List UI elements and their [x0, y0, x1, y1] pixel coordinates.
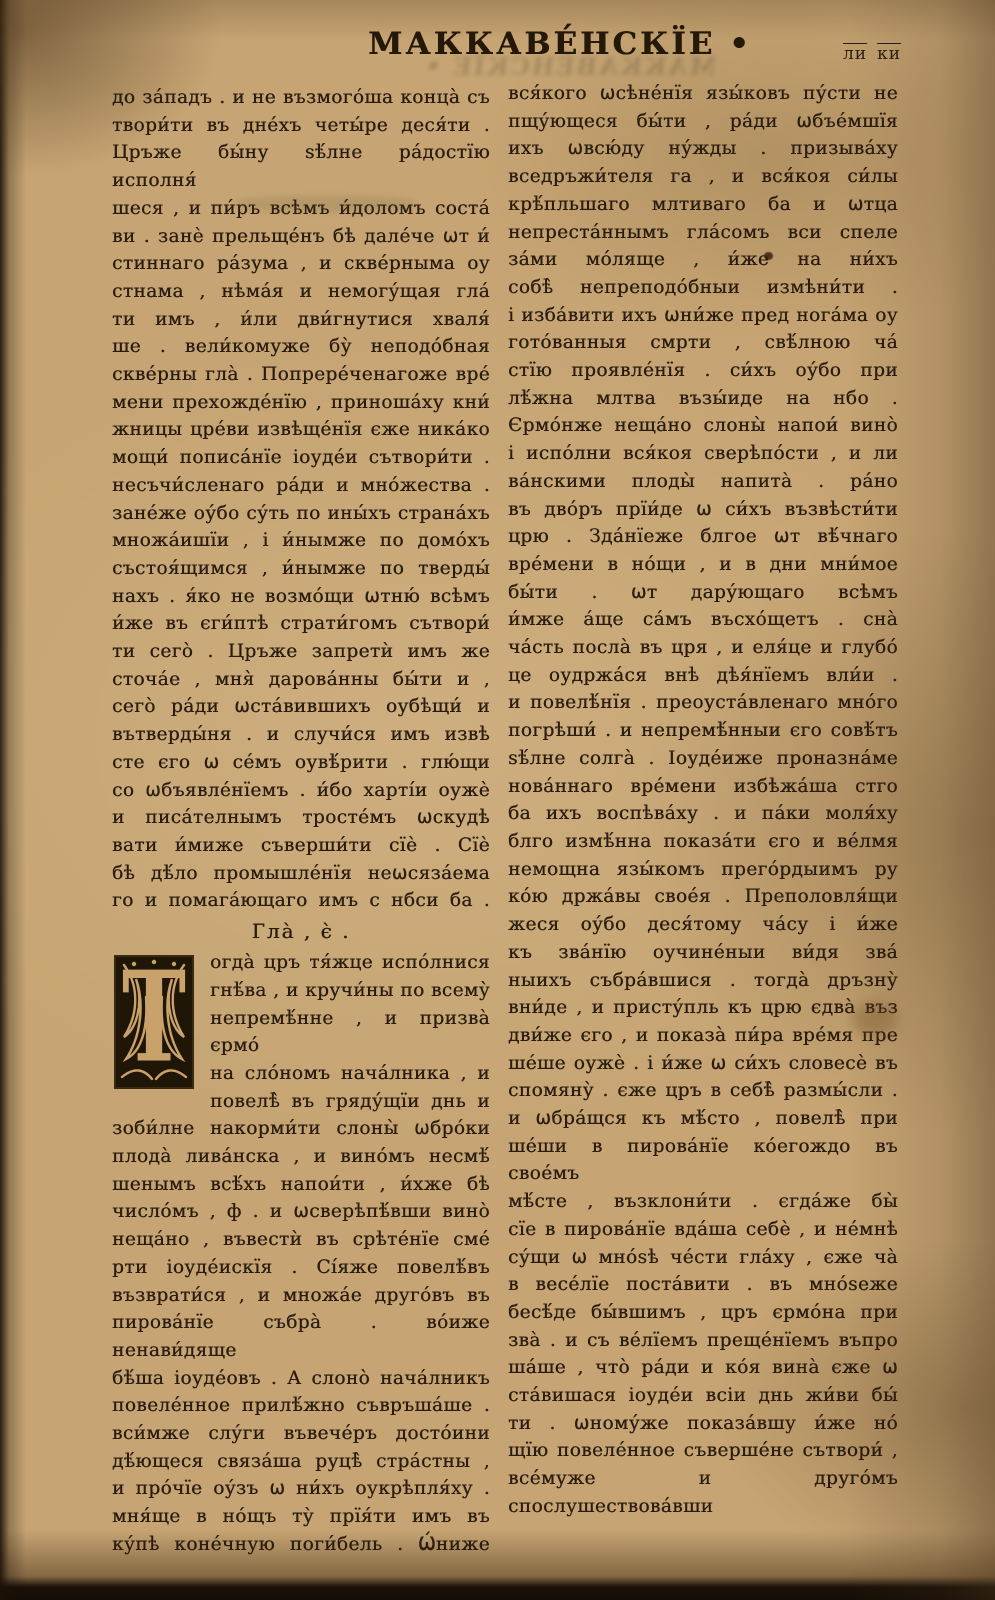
text-line: ѕѣ́лне солга̀ . Іоуде́иже проназна́ме	[508, 745, 898, 773]
text-line: црю . Зда́нїеже блгое ѡт вѣ́чнаго	[508, 523, 898, 551]
text-line: и писа́телнымъ тросте́мъ ѡскудѣ	[112, 804, 490, 832]
text-line: ше́ши в пирова́нїе ко́егождо въ свое́мъ	[508, 1133, 898, 1188]
text-line: вре́мени в но́щи , и в дни мни́мое	[508, 551, 898, 579]
text-line: вседръжи́теля га , и вся́коя си́лы	[508, 163, 898, 191]
text-line: несъчи́сленаго ра́ди и мно́жества .	[112, 472, 490, 500]
book-page-scan: МАККАВЕ́НСКЇЕ • МАККАВЕ́НСКЇЕ • лики до …	[0, 0, 995, 1600]
folio-number-first: ли	[843, 44, 867, 64]
text-line: зва̀ . и съ ве́лїемъ преще́нїемъ въпро	[508, 1327, 898, 1355]
folio-number: лики	[843, 44, 943, 64]
text-line: възврати́ся , и множа́е друго́въ въ	[112, 1282, 490, 1310]
text-line: до за́падъ . и не възмого́ша конца̀ съ	[112, 84, 490, 112]
text-line: все́муже и друго́мъ спослушествова́вши	[508, 1465, 898, 1520]
chapter-paragraph: Т огда̀ цръ тя́жце испо́лнисягнѣ́ва , и …	[112, 949, 490, 1558]
text-line: ша́ше , что̀ ра́ди и ко́я вина̀ єже ѡ	[508, 1354, 898, 1382]
text-line: го и помага́ющаго имъ с нбси ба .	[112, 887, 490, 915]
text-line: ше . вели́комуже бу̀ неподо́бная	[112, 333, 490, 361]
text-line: жеся оу́бо деся́тому ча́су і и́же	[508, 911, 898, 939]
text-line: в весе́лїе поста́вити . въ мно́ѕеже	[508, 1271, 898, 1299]
text-line: шенымъ всѣ́хъ напои́ти , и́хже бѣ	[112, 1171, 490, 1199]
text-line: плода̀ лива́нска , и вино́мъ несмѣ́	[112, 1143, 490, 1171]
drop-cap-letter: Т	[122, 956, 186, 1081]
text-line: вътверды́ня . и случи́ся имъ извѣ	[112, 721, 490, 749]
text-line: и повелѣ́нїя . преоуста́вленаго мно́го	[508, 689, 898, 717]
text-line: сїе в пирова́нїе вда́ша себѐ , и не́мнѣ	[508, 1216, 898, 1244]
text-line: погрѣши́ . и непремѣ́нныи єго совѣ́тъ	[508, 717, 898, 745]
text-line: лѣ́жна млтва възы́иде на нбо .	[508, 385, 898, 413]
text-line: ва́нскими плоды̀ напита̀ . ра́но	[508, 468, 898, 496]
text-line: за́ми мо́ляще , и́же на ни́хъ	[508, 246, 898, 274]
text-line: дѣ́ющеся связа́ша руцѣ̀ стра́стны ,	[112, 1448, 490, 1476]
text-line: ча́сть посла̀ въ цря , и еля́це и глубо́	[508, 634, 898, 662]
text-line: немощна язы́комъ прего́рдыимъ ру	[508, 856, 898, 884]
text-line: ви . занѐ прельще́нъ бѣ дале́че ѡт и́	[112, 223, 490, 251]
text-line: ба ихъ воспѣва́ху . и па́ки моля́ху	[508, 800, 898, 828]
text-line: дви́же єго , и показа̀ пи́ра вре́мя пре	[508, 1022, 898, 1050]
text-line: ку́пѣ коне́чную поги́бель . Ѡ́ниже	[112, 1531, 490, 1559]
text-line: неща́но , въвестѝ въ срѣте́нїе сме́	[112, 1226, 490, 1254]
text-line: скве́рны гла̀ . Попрере́ченагоже вре́	[112, 361, 490, 389]
text-line: сточа́е , мня̀ дарова́нны бы́ти и ,	[112, 666, 490, 694]
text-line: блго измѣ́нна показа́ти єго и ве́лмя	[508, 828, 898, 856]
text-line: бы́ти . ѡт дару́ющаго всѣмъ	[508, 579, 898, 607]
text-line: мня́ще в но́щъ ту̀ прїя́ти имъ въ	[112, 1503, 490, 1531]
text-line: і испо́лни вся́коя сверѣпо́сти , и ли	[508, 440, 898, 468]
text-line: бѣ дѣ́ло промышле́нїя неѡсяза́ема	[112, 860, 490, 888]
text-line: це оудржа́ся внѣ дѣя́нїемъ вли́и .	[508, 662, 898, 690]
text-line: и ѡбра́щся къ мѣ́сто , повелѣ̀ при	[508, 1105, 898, 1133]
text-line: бесѣ́де бы́вшимъ , цръ єрмо́на при	[508, 1299, 898, 1327]
text-line: множа́ишїи , і и́нымже по домо́хъ	[112, 527, 490, 555]
paragraph-block: зоби́лне накорми́ти слоны̀ ѡбро́киплода̀…	[112, 1115, 490, 1558]
text-line: стнама , нѣма́я и немогу́щая гла́	[112, 278, 490, 306]
text-line: нова́ннаго вре́мени избѣжа́ша стго	[508, 773, 898, 801]
text-line: мощи́ пописа́нїе іоуде́и сътвори́ти .	[112, 444, 490, 472]
text-line: гото́ванныя смрти , свѣ́лною ча́	[508, 329, 898, 357]
text-line: повеле́нное прилѣ́жно съвръша́ше .	[112, 1392, 490, 1420]
text-line: і изба́вити ихъ ѡни́же пред нога́ма оу	[508, 302, 898, 330]
text-line: мѣ́сте , възклони́ти . єгда́же бы̀	[508, 1188, 898, 1216]
text-line: непреста́ннымъ гла́сомъ вси спеле	[508, 219, 898, 247]
text-line: пщу́ющеся бы́ти , ра́ди ѡбъе́мшїя	[508, 108, 898, 136]
text-line: състоя́щимся , и́нымже по тверды́	[112, 555, 490, 583]
text-line: сего̀ ра́ди ѡста́вившихъ оубѣщи́ и	[112, 693, 490, 721]
text-line: зоби́лне накорми́ти слоны̀ ѡбро́ки	[112, 1115, 490, 1143]
text-line: спомяну̀ . єже цръ в себѣ̀ размы́сли .	[508, 1077, 898, 1105]
chapter-heading: Гла̀ , є̀ .	[112, 916, 490, 946]
text-line: бѣ́ша іоуде́овъ . А слоно̀ нача́лникъ	[112, 1365, 490, 1393]
text-line: нахъ . я́ко не возмо́щи ѡтню́ всѣмъ	[112, 583, 490, 611]
text-line: стїю проявле́нїя . си́хъ оу́бо при	[508, 357, 898, 385]
text-line: и́мже а́ще са́мъ въсхо́щетъ . сна̀	[508, 606, 898, 634]
text-line: ко́ю држа́вы свое́я . Преполовля́щи	[508, 883, 898, 911]
text-line: ихъ ѡвсю́ду ну́жды . призыва́ху	[508, 135, 898, 163]
text-line: вся́кого ѡсѣне́нїя язы́ковъ пу́сти не	[508, 80, 898, 108]
text-line: число́мъ , ф . и ѡсверѣпѣ́вши вино̀	[112, 1198, 490, 1226]
text-line: щїю повеле́нное съверше́не сътвори́ ,	[508, 1437, 898, 1465]
paragraph-block: вся́кого ѡсѣне́нїя язы́ковъ пу́сти непщу…	[508, 80, 898, 1521]
text-line: Єрмо́нже неща́но слоны̀ напои́ вино̀	[508, 412, 898, 440]
text-line: ти имъ , и́ли дви́гнутися хваля́	[112, 306, 490, 334]
text-line: ста́вишася іоуде́и всіи днь жи́ви бы́	[508, 1382, 898, 1410]
text-line: собѣ̀ непреподо́бныи измѣни́ти .	[508, 274, 898, 302]
folio-number-second: ки	[877, 44, 901, 64]
text-line: су́щи ѡ мно́ѕѣ че́сти гла́ху , єже ча̀	[508, 1244, 898, 1272]
text-line: со ѡбъявле́нїемъ . и́бо харті́и оужѐ	[112, 777, 490, 805]
text-column-right: вся́кого ѡсѣне́нїя язы́ковъ пу́сти непщу…	[508, 80, 898, 1521]
text-line: повелѣ̀ въ гряду́щїи днь и	[112, 1088, 490, 1116]
text-line: Цръже бы́ну ѕѣ́лне ра́достїю исполня́	[112, 139, 490, 194]
text-line: шеся , и пи́ръ всѣмъ и́доломъ соста́	[112, 195, 490, 223]
paragraph-block: до за́падъ . и не възмого́ша конца̀ сътв…	[112, 84, 490, 915]
text-line: вни́де , и присту́пль къ црю єдва̀ въз	[508, 994, 898, 1022]
text-line: вси́мже слу́ги въвече́ръ досто́ини	[112, 1420, 490, 1448]
text-line: твори́ти въ дне́хъ четы́ре деся́ти .	[112, 112, 490, 140]
text-line: сте єго ѡ се́мъ оувѣ́рити . глю́щи	[112, 749, 490, 777]
text-line: мени прехожде́нїю , приноша́ху кни́	[112, 389, 490, 417]
text-line: къ зва́нїю оучине́ныи ви́дя зва́	[508, 939, 898, 967]
text-line: вати и́миже съверши́ти сїѐ . Сїѐ	[112, 832, 490, 860]
text-line: ныихъ събра́вшися . тогда̀ дръзну̀	[508, 967, 898, 995]
text-line: крѣ́пльшаго млтиваго ба и ѡтца	[508, 191, 898, 219]
text-line: стиннаго ра́зума , и скве́рныма оу	[112, 250, 490, 278]
text-line: и про́чїе оу́зъ ѡ ни́хъ оукрѣпля́ху .	[112, 1475, 490, 1503]
text-line: и́же въ єги́птѣ страти́гомъ сътвори́	[112, 610, 490, 638]
text-column-left: до за́падъ . и не възмого́ша конца̀ сътв…	[112, 84, 490, 1559]
text-line: зане́же оу́бо су́ть по ины́хъ страна́хъ	[112, 500, 490, 528]
text-line: пирова́нїе събра̀ . во́иже ненави́дяще	[112, 1309, 490, 1364]
text-line: жницы цре́ви извѣще́нїя єже ника́ко	[112, 416, 490, 444]
text-line: рти іоуде́искїя . Сі́яже повелѣ́въ	[112, 1254, 490, 1282]
text-line: ти сего̀ . Цръже запретѝ имъ же	[112, 638, 490, 666]
running-title: МАККАВЕ́НСКЇЕ •	[335, 26, 785, 62]
text-line: въ дво́ръ прїи́де ѡ си́хъ възвѣсти́ти	[508, 496, 898, 524]
text-line: ти . ѡному́же показа́вшу и́же но́	[508, 1410, 898, 1438]
text-line: ше́ше оужѐ . і и́же ѡ си́хъ словесѐ въ	[508, 1050, 898, 1078]
woodcut-initial-icon: Т	[114, 955, 194, 1089]
